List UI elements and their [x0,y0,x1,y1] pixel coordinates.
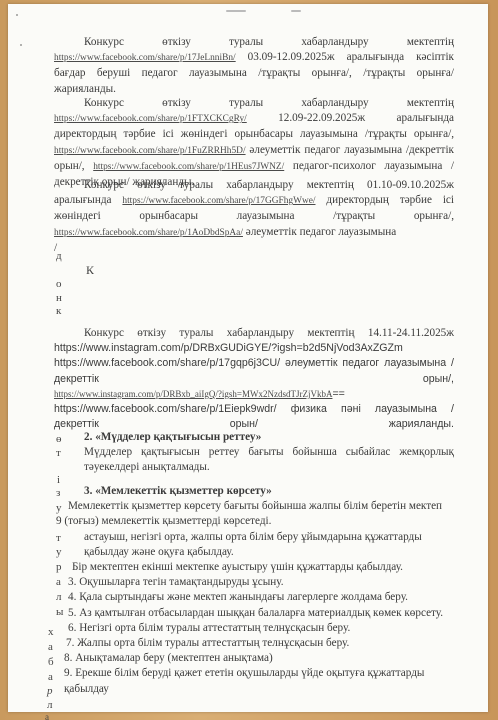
side-letter: ы [56,606,63,618]
side-letter: а [56,576,61,588]
paragraph-intro: Конкурс өткізу туралы хабарландыру мекте… [54,96,454,111]
staple-mark [291,10,301,12]
facebook-url-text[interactable]: https://www.facebook.com/share/p/17gqp6j… [54,356,454,386]
facebook-url-text[interactable]: https://www.facebook.com/share/p/1Eiepk9… [54,402,454,432]
section-public-services: 3. «Мемлекеттік қызметтер көрсету» Мемле… [64,484,454,697]
speck [16,14,18,16]
side-letter: у [56,502,62,514]
facebook-link[interactable]: https://www.facebook.com/share/p/1FTXCKC… [54,114,247,124]
stray-letter: н [56,292,62,304]
side-letter: а [48,671,53,683]
instagram-link[interactable]: https://www.instagram.com/p/DRBxb_aiIgQ/… [54,389,332,399]
side-letter: т [56,532,61,544]
link-suffix: == [332,388,344,400]
stray-letter: К [86,263,94,278]
service-item: 3. Оқушыларға тегін тамақтандыруды ұсыну… [64,575,454,590]
speck [20,44,22,46]
side-letter: з [56,487,60,499]
side-letter: а [48,641,53,653]
section-heading: 2. «Мүдделер қақтығысын реттеу» [84,430,454,445]
section-body: Мүдделер қақтығысын реттеу бағыты бойынш… [84,445,454,475]
facebook-link[interactable]: https://www.facebook.com/share/p/17JeLnn… [54,53,236,63]
service-item: 9. Ерекше білім беруді қажет ететін оқуш… [64,666,454,681]
side-letter: і [57,474,60,486]
service-item: Бір мектептен екінші мектепке ауыстыру ү… [64,560,454,575]
stray-letter: д [56,250,62,262]
stray-letter: о [56,278,62,290]
section-heading: 3. «Мемлекеттік қызметтер көрсету» [64,484,454,499]
side-letter: у [56,546,62,558]
facebook-link[interactable]: https://www.facebook.com/share/p/17GGFhg… [122,196,315,206]
stray-letter: к [56,305,61,317]
side-letter: л [47,699,53,711]
paragraph-text: әлеуметтік педагог лауазымына [243,226,396,238]
paragraph-intro: Конкурс өткізу туралы хабарландыру мекте… [54,326,454,341]
facebook-link[interactable]: https://www.facebook.com/share/p/1HEus7J… [93,162,284,172]
service-item: 8. Анықтамалар беру (мектептен анықтама) [64,651,454,666]
announcement-paragraph-4: Конкурс өткізу туралы хабарландыру мекте… [54,326,454,432]
service-item: астауыш, негізгі орта, жалпы орта білім … [64,530,454,545]
announcement-paragraph-3: Конкурс өткізу туралы хабарландыру мекте… [54,178,454,256]
side-letter: р [47,685,53,697]
stray-slash: / [54,241,454,256]
section-conflict-of-interest: 2. «Мүдделер қақтығысын реттеу» Мүдделер… [84,430,454,476]
service-item: қабылдау [64,682,454,697]
instagram-url[interactable]: https://www.instagram.com/p/DRBxGUDiGYE/… [54,341,454,356]
service-item: 5. Аз қамтылған отбасылардан шыққан бала… [64,606,454,621]
service-item: 7. Жалпы орта білім туралы аттестаттың т… [64,636,454,651]
section-body-text: Мүдделер қақтығысын реттеу бағыты бойынш… [84,446,454,473]
facebook-link[interactable]: https://www.facebook.com/share/p/1AoDbdS… [54,228,243,238]
staple-mark [226,10,246,12]
side-letter: б [48,656,54,668]
section-body: Мемлекеттік қызметтер көрсету бағыты бой… [64,499,454,514]
announcement-paragraph-2: Конкурс өткізу туралы хабарландыру мекте… [54,96,454,190]
service-item: қабылдау және оқуға қабылдау. [64,545,454,560]
side-letter: л [56,591,62,603]
side-letter: х [48,626,54,638]
section-body: 9 (тоғыз) мемлекеттік қызметтерді көрсет… [56,514,454,529]
announcement-paragraph-1: Конкурс өткізу туралы хабарландыру мекте… [54,35,454,97]
side-letter: а [45,712,49,720]
side-letter: ө [56,433,62,445]
side-letter: т [56,447,61,459]
service-item: 6. Негізгі орта білім туралы аттестаттың… [64,621,454,636]
side-letter: р [56,561,62,573]
facebook-link[interactable]: https://www.facebook.com/share/p/1FuZRRH… [54,146,246,156]
service-item: 4. Қала сыртындағы және мектеп жанындағы… [64,590,454,605]
paragraph-intro: Конкурс өткізу туралы хабарландыру мекте… [54,35,454,50]
